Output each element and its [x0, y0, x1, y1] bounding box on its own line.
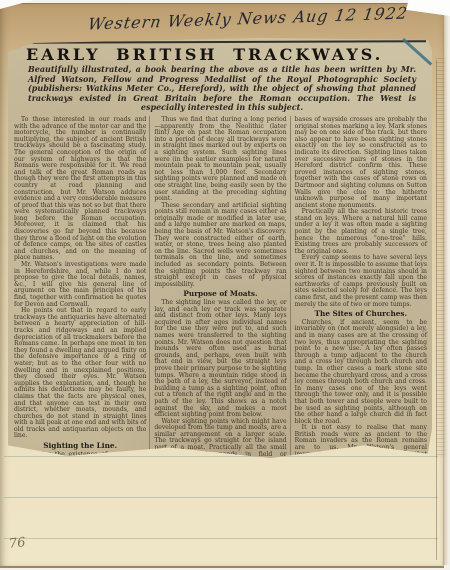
scrapbook-scan: Western Weekly News Aug 12 1922 EARLY BR… — [0, 0, 450, 570]
section-heading-purpose-of-moats: Purpose of Moats. — [154, 291, 286, 298]
paragraph: He points out that in regard to early tr… — [14, 308, 146, 440]
paragraph: Mr. Watson's investigations were made in… — [14, 262, 146, 308]
column-1: To those interested in our roads and wit… — [10, 116, 149, 458]
ruled-line — [4, 456, 438, 457]
paragraph: To those interested in our roads and wit… — [14, 117, 146, 262]
paragraph: Thus we find that during a long period—a… — [154, 117, 286, 203]
page-number: 76 — [8, 535, 26, 552]
page-edge-crease — [436, 60, 437, 560]
paragraph: These secondary and artificial sighting … — [154, 203, 286, 289]
newspaper-clipping: EARLY BRITISH TRACKWAYS. Beautifully ill… — [8, 38, 432, 458]
section-heading-sighting-the-line: Sighting the Line. — [14, 443, 146, 450]
page-right-edge — [443, 3, 450, 565]
paragraph: bases of wayside crosses are probably th… — [295, 117, 427, 209]
handwritten-date: Aug 12 1922 — [292, 3, 409, 26]
ruled-line — [4, 538, 438, 539]
paragraph: Practically all the sacred historic tree… — [295, 209, 427, 255]
column-2: Thus we find that during a long period—a… — [149, 116, 290, 458]
paragraph: The sighting line was called the ley, or… — [154, 300, 286, 419]
ruled-line — [4, 497, 438, 498]
article-columns: To those interested in our roads and wit… — [8, 116, 432, 458]
headline: EARLY BRITISH TRACKWAYS. — [26, 45, 432, 64]
section-heading-sites-of-churches: The Sites of Churches. — [295, 311, 427, 318]
intro-paragraph: Beautifully illustrated, a book bearing … — [28, 65, 416, 113]
paragraph: Churches, if ancient, seem to be invaria… — [295, 320, 427, 426]
column-3: bases of wayside crosses are probably th… — [291, 116, 430, 458]
paragraph: Every camp seems to have several leys ov… — [295, 255, 427, 308]
